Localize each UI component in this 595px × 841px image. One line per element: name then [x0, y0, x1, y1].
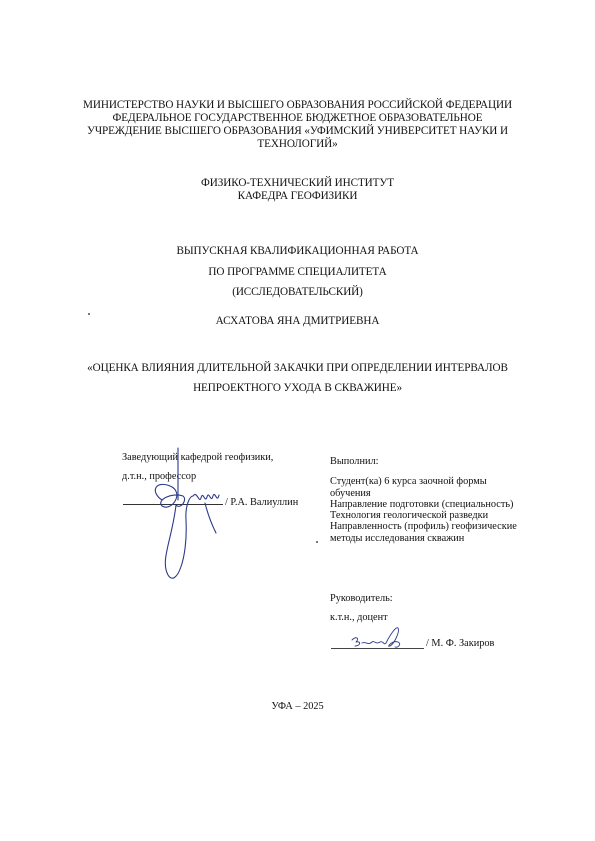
city-year: УФА – 2025 — [0, 701, 595, 712]
scan-speck — [88, 313, 90, 315]
supervisor-signature-icon — [0, 0, 595, 841]
scan-speck — [316, 541, 318, 543]
title-page: МИНИСТЕРСТВО НАУКИ И ВЫСШЕГО ОБРАЗОВАНИЯ… — [0, 0, 595, 841]
